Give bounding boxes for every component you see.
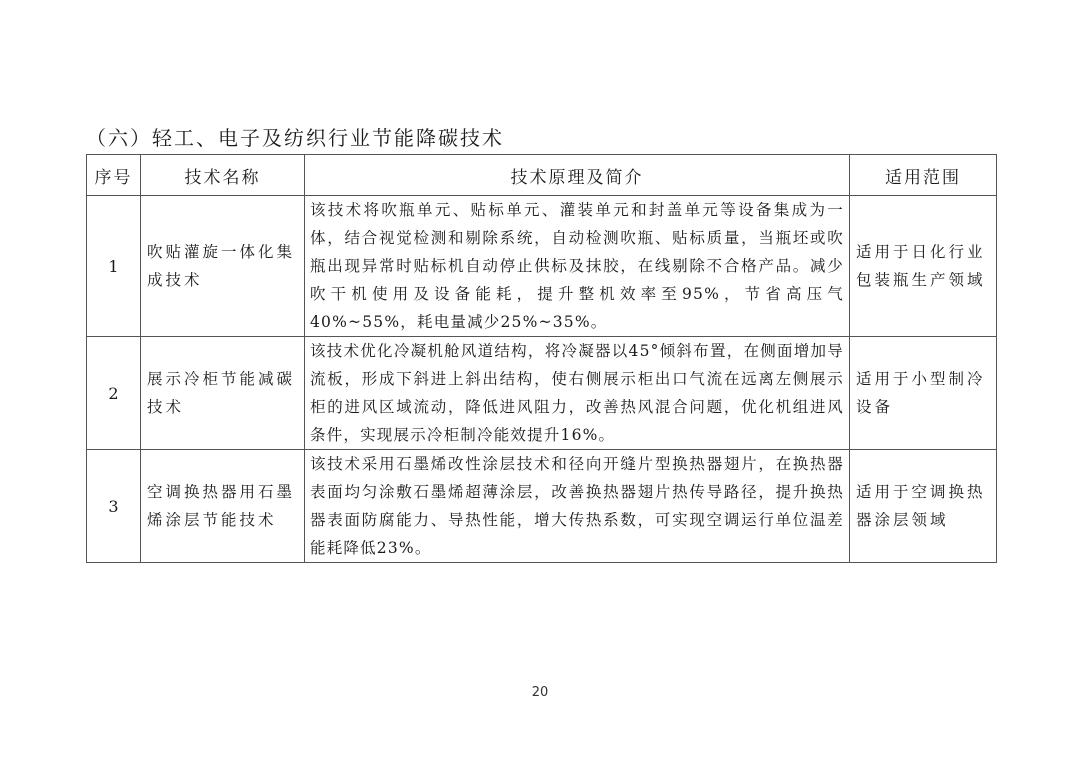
technology-name: 吹贴灌旋一体化集成技术 <box>141 196 305 337</box>
header-description: 技术原理及简介 <box>305 155 850 196</box>
technology-description: 该技术将吹瓶单元、贴标单元、灌装单元和封盖单元等设备集成为一体，结合视觉检测和剔… <box>305 196 850 337</box>
row-number: 3 <box>87 450 141 563</box>
technology-table: 序号 技术名称 技术原理及简介 适用范围 1 吹贴灌旋一体化集成技术 该技术将吹… <box>86 154 997 563</box>
technology-description: 该技术采用石墨烯改性涂层技术和径向开缝片型换热器翅片，在换热器表面均匀涂敷石墨烯… <box>305 450 850 563</box>
row-number: 1 <box>87 196 141 337</box>
applicable-scope: 适用于日化行业包装瓶生产领域 <box>850 196 997 337</box>
technology-name: 展示冷柜节能减碳技术 <box>141 337 305 450</box>
row-number: 2 <box>87 337 141 450</box>
section-title: （六）轻工、电子及纺织行业节能降碳技术 <box>86 124 504 152</box>
table-row: 1 吹贴灌旋一体化集成技术 该技术将吹瓶单元、贴标单元、灌装单元和封盖单元等设备… <box>87 196 997 337</box>
table-header-row: 序号 技术名称 技术原理及简介 适用范围 <box>87 155 997 196</box>
header-name: 技术名称 <box>141 155 305 196</box>
applicable-scope: 适用于小型制冷设备 <box>850 337 997 450</box>
header-scope: 适用范围 <box>850 155 997 196</box>
header-no: 序号 <box>87 155 141 196</box>
technology-name: 空调换热器用石墨烯涂层节能技术 <box>141 450 305 563</box>
page-number: 20 <box>0 685 1080 700</box>
table-row: 3 空调换热器用石墨烯涂层节能技术 该技术采用石墨烯改性涂层技术和径向开缝片型换… <box>87 450 997 563</box>
applicable-scope: 适用于空调换热器涂层领域 <box>850 450 997 563</box>
technology-description: 该技术优化冷凝机舱风道结构，将冷凝器以45°倾斜布置，在侧面增加导流板，形成下斜… <box>305 337 850 450</box>
table-row: 2 展示冷柜节能减碳技术 该技术优化冷凝机舱风道结构，将冷凝器以45°倾斜布置，… <box>87 337 997 450</box>
